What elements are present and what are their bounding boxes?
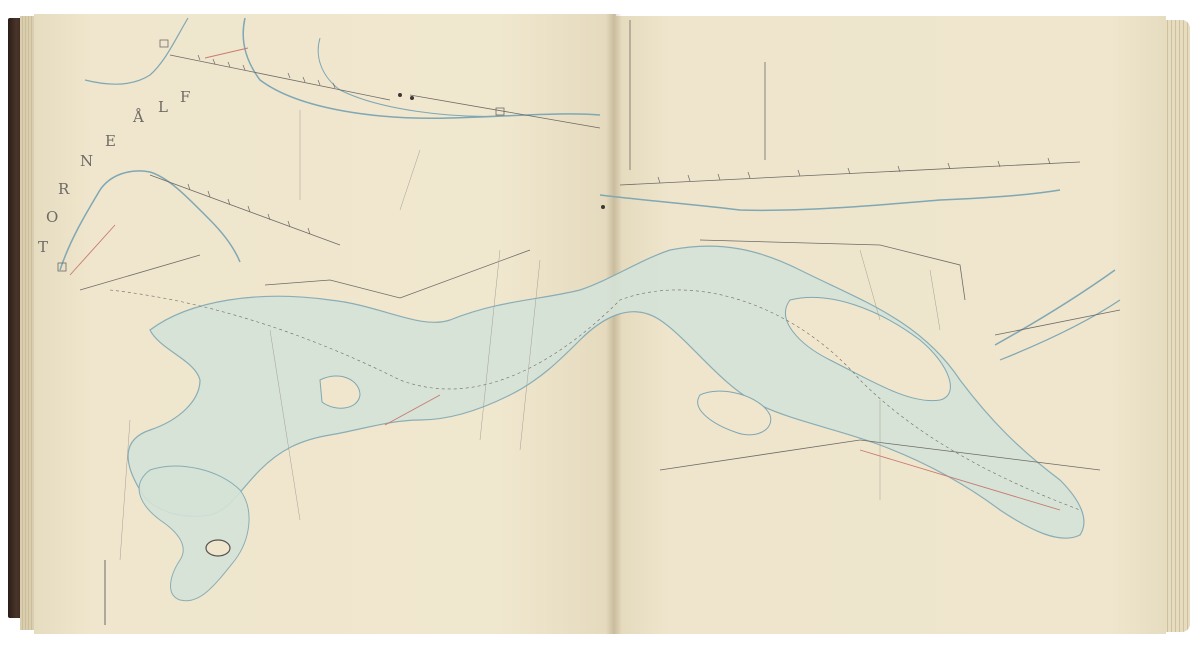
river-name-letter: F [180,88,192,106]
river-name-letter: Å [133,108,146,126]
far-right-river [995,270,1115,345]
island [206,540,230,556]
river-name-letter: N [80,152,95,170]
top-tributary [85,18,188,84]
point-marker [410,96,414,100]
right-tributary [600,190,1060,210]
point-marker [398,93,402,97]
building-marker [160,40,168,47]
river-name-letter: E [105,132,118,150]
river-name-letter: R [58,180,71,198]
point-marker [601,205,605,209]
baseline-ticks [188,55,1050,234]
upper-river [318,38,500,116]
left-tributary [60,171,240,270]
river-name-letter: L [158,98,170,116]
river-name-letter: O [46,208,60,226]
upper-river [243,18,600,118]
lower-lagoon [139,466,249,601]
river-name-letter: T [38,238,50,256]
